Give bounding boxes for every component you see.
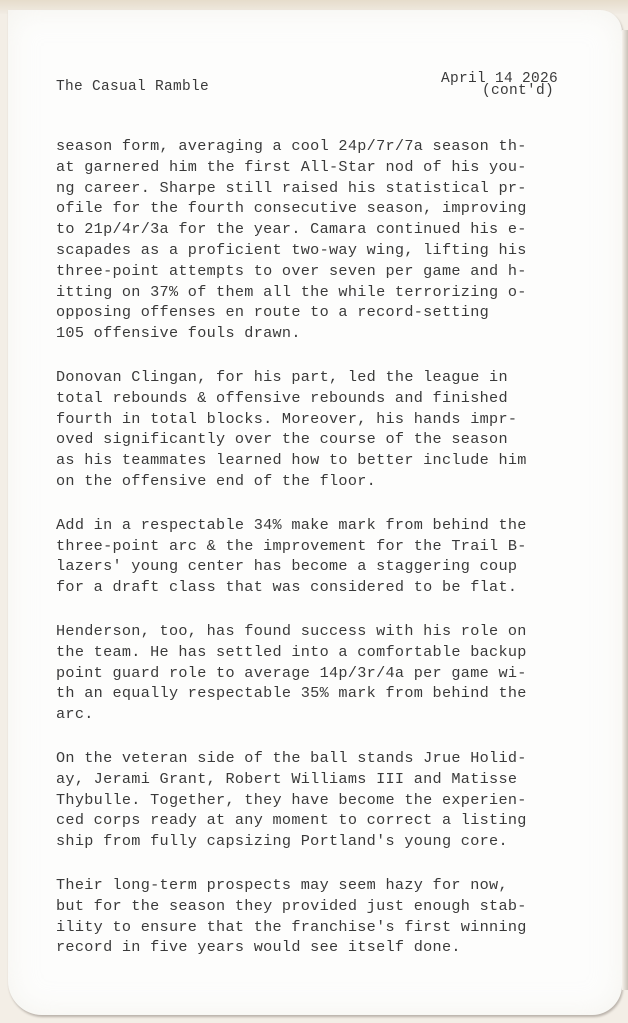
paragraph: Their long-term prospects may seem hazy … [56, 875, 596, 958]
paragraph: Add in a respectable 34% make mark from … [56, 515, 596, 598]
document-background: The Casual Ramble April 14 2026 (cont'd)… [0, 0, 628, 1023]
text-line: point guard role to average 14p/3r/4a pe… [56, 663, 596, 684]
text-line: the team. He has settled into a comforta… [56, 642, 596, 663]
paragraph: Donovan Clingan, for his part, led the l… [56, 367, 596, 492]
text-line: record in five years would see itself do… [56, 937, 596, 958]
text-line: itting on 37% of them all the while terr… [56, 282, 596, 303]
text-line: Add in a respectable 34% make mark from … [56, 515, 596, 536]
text-line: opposing offenses en route to a record-s… [56, 302, 596, 323]
text-line: Henderson, too, has found success with h… [56, 621, 596, 642]
text-line: for a draft class that was considered to… [56, 577, 596, 598]
text-line: 105 offensive fouls drawn. [56, 323, 596, 344]
paragraph: On the veteran side of the ball stands J… [56, 748, 596, 852]
text-line: th an equally respectable 35% mark from … [56, 683, 596, 704]
page-edge-shadow [622, 30, 628, 990]
text-line: on the offensive end of the floor. [56, 471, 596, 492]
text-line: to 21p/4r/3a for the year. Camara contin… [56, 219, 596, 240]
paragraph: season form, averaging a cool 24p/7r/7a … [56, 136, 596, 344]
text-line: season form, averaging a cool 24p/7r/7a … [56, 136, 596, 157]
text-line: ay, Jerami Grant, Robert Williams III an… [56, 769, 596, 790]
text-line: fourth in total blocks. Moreover, his ha… [56, 409, 596, 430]
text-line: lazers' young center has become a stagge… [56, 556, 596, 577]
page-date: April 14 2026 (cont'd) [441, 72, 558, 98]
article-body: season form, averaging a cool 24p/7r/7a … [56, 136, 596, 981]
text-line: ofile for the fourth consecutive season,… [56, 198, 596, 219]
text-line: Their long-term prospects may seem hazy … [56, 875, 596, 896]
text-line: ility to ensure that the franchise's fir… [56, 917, 596, 938]
text-line: oved significantly over the course of th… [56, 429, 596, 450]
text-line: ng career. Sharpe still raised his stati… [56, 178, 596, 199]
text-line: as his teammates learned how to better i… [56, 450, 596, 471]
text-line: Thybulle. Together, they have become the… [56, 790, 596, 811]
text-line: but for the season they provided just en… [56, 896, 596, 917]
column-title: The Casual Ramble [56, 79, 209, 95]
text-line: ship from fully capsizing Portland's you… [56, 831, 596, 852]
text-line: Donovan Clingan, for his part, led the l… [56, 367, 596, 388]
text-line: arc. [56, 704, 596, 725]
text-line: three-point arc & the improvement for th… [56, 536, 596, 557]
text-line: ced corps ready at any moment to correct… [56, 810, 596, 831]
text-line: scapades as a proficient two-way wing, l… [56, 240, 596, 261]
paragraph: Henderson, too, has found success with h… [56, 621, 596, 725]
text-line: three-point attempts to over seven per g… [56, 261, 596, 282]
text-line: at garnered him the first All-Star nod o… [56, 157, 596, 178]
text-line: total rebounds & offensive rebounds and … [56, 388, 596, 409]
text-line: On the veteran side of the ball stands J… [56, 748, 596, 769]
